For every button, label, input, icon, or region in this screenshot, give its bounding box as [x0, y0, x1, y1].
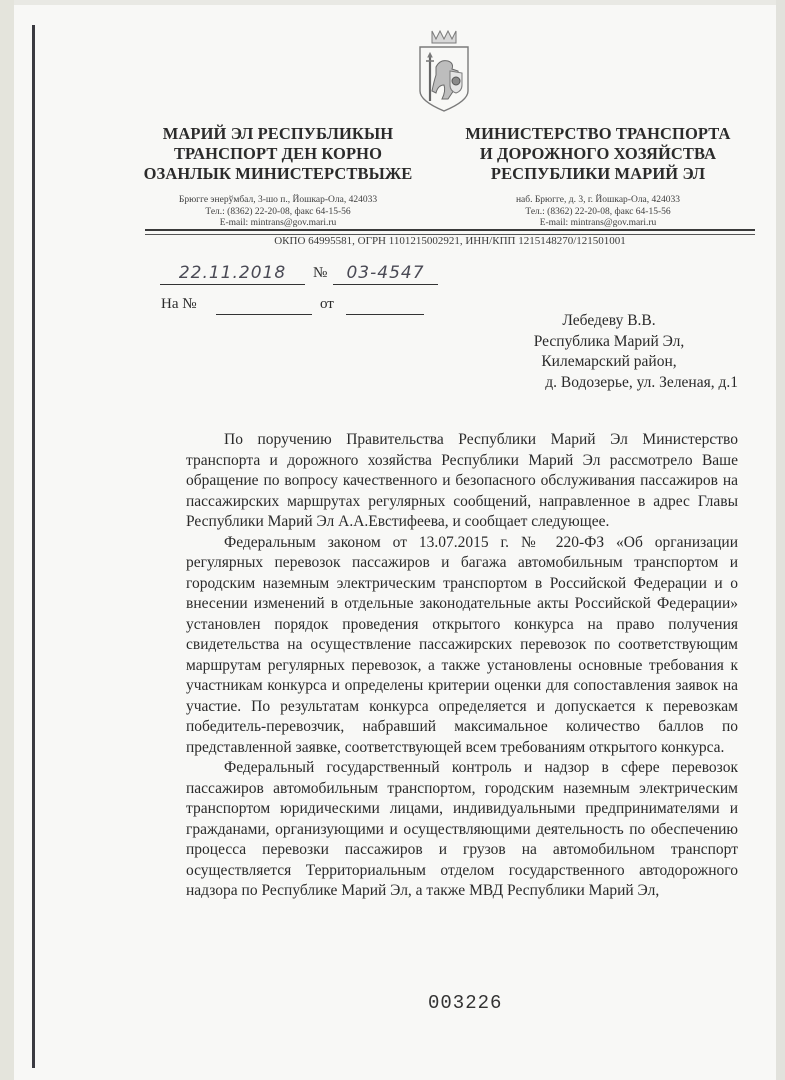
- reply-to-label: На №: [161, 296, 197, 313]
- org-name-line: ТРАНСПОРТ ДЕН КОРНО: [128, 144, 428, 164]
- outgoing-number-field: 03-4547: [333, 262, 438, 285]
- scan-edge-left: [0, 0, 14, 1080]
- org-requisites: ОКПО 64995581, ОГРН 1101215002921, ИНН/К…: [145, 235, 755, 247]
- org-name-line: ОЗАНЛЫК МИНИСТЕРСТВЫЖЕ: [128, 164, 428, 184]
- recipient-address-line: Килемарский район,: [480, 352, 738, 373]
- org-name-line: И ДОРОЖНОГО ХОЗЯЙСТВА: [448, 144, 748, 164]
- letter-body: По поручению Правительства Республики Ма…: [186, 430, 738, 902]
- org-phone: Тел.: (8362) 22-20-08, факс 64-15-56: [448, 207, 748, 219]
- org-header-mari: МАРИЙ ЭЛ РЕСПУБЛИКЫН ТРАНСПОРТ ДЕН КОРНО…: [128, 124, 428, 230]
- org-phone: Тел.: (8362) 22-20-08, факс 64-15-56: [128, 207, 428, 219]
- org-name-line: РЕСПУБЛИКИ МАРИЙ ЭЛ: [448, 164, 748, 184]
- org-name-russian: МИНИСТЕРСТВО ТРАНСПОРТА И ДОРОЖНОГО ХОЗЯ…: [448, 124, 748, 184]
- org-address: Брюгге энерўмбал, 3-шо п., Йошкар-Ола, 4…: [128, 195, 428, 207]
- recipient-address-line: д. Водозерье, ул. Зеленая, д.1: [480, 373, 738, 394]
- coat-of-arms-icon: [414, 27, 474, 113]
- header-rule-thick: [145, 229, 755, 231]
- reply-from-label: от: [320, 296, 334, 313]
- org-email: E-mail: mintrans@gov.mari.ru: [128, 218, 428, 230]
- org-header-russian: МИНИСТЕРСТВО ТРАНСПОРТА И ДОРОЖНОГО ХОЗЯ…: [448, 124, 748, 230]
- scan-edge-right: [776, 0, 785, 1080]
- org-contacts-mari: Брюгге энерўмбал, 3-шо п., Йошкар-Ола, 4…: [128, 195, 428, 230]
- reply-from-date-field: [346, 296, 424, 315]
- body-paragraph: Федеральный государственный контроль и н…: [186, 758, 738, 902]
- recipient-block: Лебедеву В.В. Республика Марий Эл, Килем…: [480, 311, 738, 393]
- body-paragraph: По поручению Правительства Республики Ма…: [186, 430, 738, 533]
- recipient-name: Лебедеву В.В.: [480, 311, 738, 332]
- outgoing-date-field: 22.11.2018: [160, 262, 305, 285]
- serial-number: 003226: [428, 992, 502, 1014]
- body-paragraph: Федеральным законом от 13.07.2015 г. № 2…: [186, 533, 738, 759]
- binding-line: [32, 25, 35, 1068]
- outgoing-number-label: №: [313, 265, 327, 282]
- org-name-line: МИНИСТЕРСТВО ТРАНСПОРТА: [448, 124, 748, 144]
- org-email: E-mail: mintrans@gov.mari.ru: [448, 218, 748, 230]
- org-address: наб. Брюгге, д. 3, г. Йошкар-Ола, 424033: [448, 195, 748, 207]
- reply-to-number-field: [216, 296, 312, 315]
- org-name-mari: МАРИЙ ЭЛ РЕСПУБЛИКЫН ТРАНСПОРТ ДЕН КОРНО…: [128, 124, 428, 184]
- org-name-line: МАРИЙ ЭЛ РЕСПУБЛИКЫН: [128, 124, 428, 144]
- org-contacts-russian: наб. Брюгге, д. 3, г. Йошкар-Ола, 424033…: [448, 195, 748, 230]
- recipient-address-line: Республика Марий Эл,: [480, 332, 738, 353]
